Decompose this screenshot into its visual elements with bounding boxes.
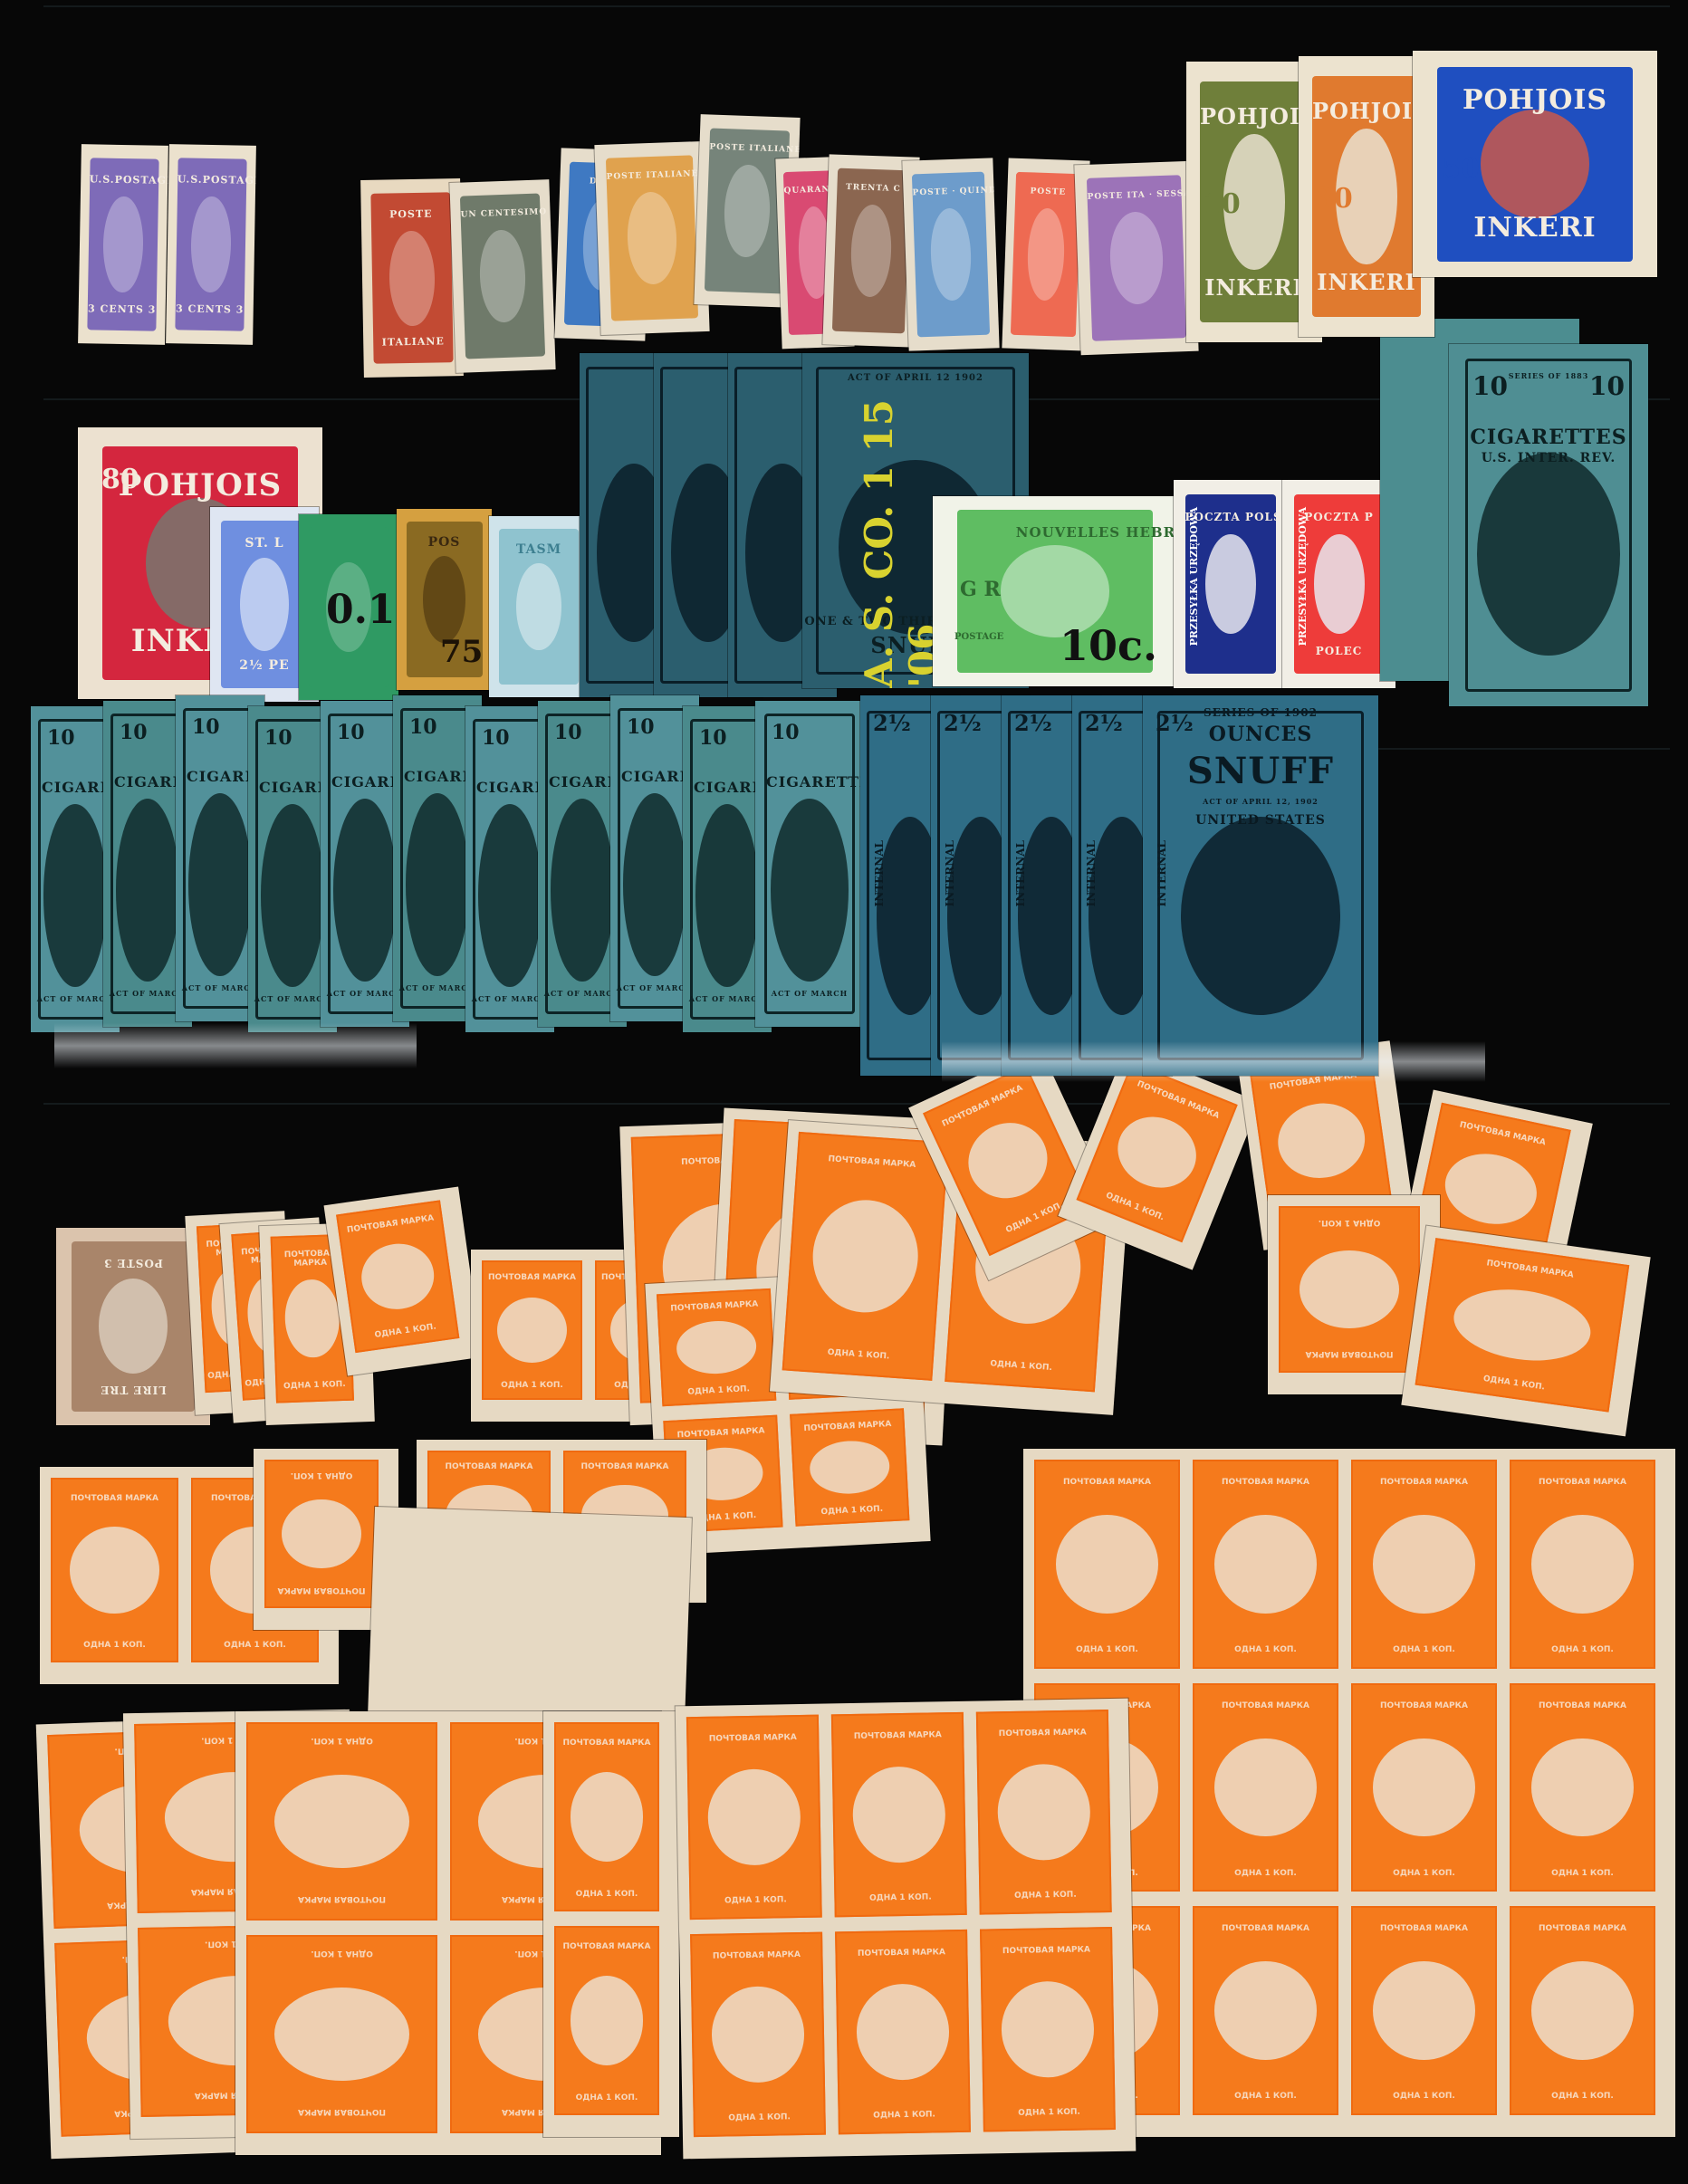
snuff-unit-text: OUNCES: [1143, 723, 1378, 746]
stamp-top-text: ПОЧТОВАЯ МАРКА: [266, 1585, 377, 1595]
eagle-oval: [809, 1439, 891, 1495]
cig-value-text: 10: [192, 715, 220, 739]
eagle-oval: [809, 1196, 922, 1317]
snuff-value-text: 2½: [1085, 710, 1123, 736]
russia-1-kop-stamp: ПОЧТОВАЯ МАРКАОДНА 1 КОП.: [1279, 1206, 1420, 1373]
italy-stamp: POSTE ITALIANE · DIECI C: [594, 141, 709, 335]
russia-block: ПОЧТОВАЯ МАРКАОДНА 1 КОП.ПОЧТОВАЯ МАРКАО…: [543, 1711, 679, 2137]
cig-portrait: [261, 804, 325, 987]
green-surcharged-stamp: 0.1: [299, 514, 398, 700]
stamp-value-text: ОДНА 1 КОП.: [785, 1346, 932, 1365]
russia-1-kop-stamp: ПОЧТОВАЯ МАРКАОДНА 1 КОП.: [1510, 1460, 1655, 1669]
eagle-oval: [997, 1764, 1091, 1861]
north-ingria-stamp-top-text: POHJOIS: [1437, 84, 1633, 116]
poland-official-stamp-portrait: [1205, 534, 1256, 635]
eagle-oval: [1108, 1106, 1207, 1200]
italy-stamp-top-text: POSTE ITALIANE · DIECI C: [606, 169, 693, 181]
sardinia-embossed-stamp-bottom-text: POSTE 3: [72, 1257, 195, 1269]
eagle-oval: [1531, 1515, 1634, 1614]
stamp-top-text: ПОЧТОВАЯ МАРКА: [1434, 1251, 1626, 1287]
plastic-strip-glare: [54, 1023, 417, 1068]
russia-1-kop-stamp: ПОЧТОВАЯ МАРКАОДНА 1 КОП.: [1351, 1683, 1497, 1892]
eagle-oval: [497, 1298, 567, 1363]
cig-portrait: [1477, 453, 1620, 656]
cig-portrait: [333, 799, 398, 982]
italy-red-stamp-top-text: POSTE: [371, 207, 451, 221]
russia-1-kop-stamp: ПОЧТОВАЯ МАРКАОДНА 1 КОП.: [246, 1935, 437, 2133]
snuff-side-text: INTERNAL: [1085, 840, 1098, 906]
italy-stamp-portrait: [479, 230, 527, 323]
poland-official-stamp-bottom-text: POLEC: [1294, 645, 1385, 657]
italy-stamp-frame: TRENTA C: [832, 168, 910, 333]
cig-portrait: [116, 799, 180, 982]
italy-stamp: UN CENTESIMO: [449, 179, 555, 373]
italy-red-stamp: POSTEITALIANE: [360, 178, 464, 378]
cig-value-text: 10: [47, 726, 75, 750]
stamp-value-text: ОДНА 1 КОП.: [1194, 2092, 1337, 2101]
cig-sub-text: U.S. INTER. REV.: [1449, 451, 1648, 465]
stamp-top-text: ПОЧТОВАЯ МАРКА: [666, 1425, 776, 1440]
stamp-value-text: ОДНА 1 КОП.: [1194, 1645, 1337, 1654]
stamp-top-text: ПОЧТОВАЯ МАРКА: [53, 1494, 177, 1503]
stamp-top-text: ПОЧТОВАЯ МАРКА: [248, 1894, 436, 1903]
north-ingria-stamp-top-text: POHJOIS: [1312, 98, 1421, 124]
italy-stamp: POSTE ITA · SESSANTA: [1074, 161, 1198, 355]
stamp-top-text: ПОЧТОВАЯ МАРКА: [484, 1273, 580, 1282]
eagle-oval: [1373, 1739, 1475, 1837]
stamp-top-text: ПОЧТОВАЯ МАРКА: [1511, 1924, 1654, 1933]
new-hebrides-stamp-top-text: NOUVELLES HEBRIDES: [1016, 524, 1153, 541]
italy-stamp-portrait: [1026, 208, 1066, 302]
stamp-top-text: ПОЧТОВАЯ МАРКА: [340, 1213, 441, 1236]
tasmania-stamp-frame: TASM: [499, 529, 579, 685]
us-3c-washington-stamp-frame: U.S.POSTAGE3 CENTS 3: [87, 158, 159, 331]
eagle-oval: [852, 1766, 946, 1863]
france-sage-stamp-top-text: POS: [407, 535, 483, 550]
russia-1-kop-stamp: ПОЧТОВАЯ МАРКАОДНА 1 КОП.: [554, 1722, 659, 1911]
eagle-oval: [1056, 1515, 1158, 1614]
cig-footer-text: ACT OF MARCH: [755, 989, 864, 998]
us-3c-washington-stamp-frame: U.S.POSTAGE3 CENTS 3: [175, 158, 247, 331]
north-ingria-stamp-bottom-text: INKERI: [1200, 274, 1309, 301]
russia-1-kop-stamp: ПОЧТОВАЯ МАРКАОДНА 1 КОП.: [835, 1930, 971, 2135]
stamp-top-text: ПОЧТОВАЯ МАРКА: [1353, 1924, 1495, 1933]
russia-1-kop-stamp: ПОЧТОВАЯ МАРКАОДНА 1 КОП.: [657, 1288, 776, 1406]
cig-value-text: 10: [772, 721, 800, 744]
snuff-value-text: 2½: [944, 710, 982, 736]
poland-official-stamp: POCZTA PPOLECPRZESYŁKA URZĘDOWA: [1282, 480, 1395, 688]
italy-stamp-frame: POSTE ITALIANE · DIECI C: [606, 155, 698, 321]
russia-1-kop-stamp: ПОЧТОВАЯ МАРКАОДНА 1 КОП.: [1076, 1062, 1237, 1242]
stamp-top-text: ПОЧТОВАЯ МАРКА: [1194, 1478, 1337, 1487]
snuff-arc-text: UNITED STATES: [1143, 813, 1378, 828]
surcharge-text: 10c.: [1060, 621, 1157, 670]
stamp-value-text: ОДНА 1 КОП.: [691, 1894, 820, 1905]
russia-block: ПОЧТОВАЯ МАРКАОДНА 1 КОП.ПОЧТОВАЯ МАРКАО…: [676, 1699, 1137, 2160]
stamp-value-text: ОДНА 1 КОП.: [1082, 1183, 1188, 1232]
tasmania-stamp-top-text: TASM: [499, 542, 579, 557]
stamp-value-text: ОДНА 1 КОП.: [266, 1470, 377, 1480]
italy-red-stamp-portrait: [388, 230, 435, 326]
sardinia-embossed-stamp-portrait: [99, 1279, 168, 1375]
postage-badge-text: POSTAGE: [954, 632, 1003, 642]
cig-portrait: [771, 799, 849, 982]
russia-sheet-margin: [368, 1507, 692, 1726]
snuff-revenue-stamp: 2½SERIES OF 1902OUNCESSNUFFACT OF APRIL …: [1143, 695, 1378, 1076]
italy-stamp-top-text: UN CENTESIMO: [460, 207, 540, 219]
side-text: PRZESYŁKA URZĘDOWA: [1297, 507, 1309, 646]
side-text: PRZESYŁKA URZĘDOWA: [1188, 507, 1200, 646]
stamp-value-text: ОДНА 1 КОП.: [277, 1380, 351, 1392]
stock-page: U.S.POSTAGE3 CENTS 3U.S.POSTAGE3 CENTS 3…: [0, 0, 1688, 2184]
stamp-top-text: ПОЧТОВАЯ МАРКА: [659, 1298, 770, 1313]
stamp-value-text: ОДНА 1 КОП.: [556, 1890, 657, 1899]
stamp-value-text: ОДНА 1 КОП.: [836, 1892, 964, 1903]
eagle-oval: [1214, 1739, 1317, 1837]
eagle-oval: [1449, 1281, 1596, 1369]
sardinia-embossed-stamp-top-text: LIRE TRE: [72, 1384, 195, 1396]
us-3c-washington-stamp-bottom-text: 3 CENTS 3: [87, 302, 157, 315]
eagle-oval: [711, 1986, 805, 2083]
russia-1-kop-stamp: ПОЧТОВАЯ МАРКАОДНА 1 КОП.: [782, 1132, 949, 1381]
st-lucia-stamp-top-text: ST. L: [221, 536, 308, 551]
eagle-oval: [1001, 1981, 1095, 2078]
stamp-top-text: ПОЧТОВАЯ МАРКА: [833, 1729, 962, 1740]
russia-1-kop-stamp: ПОЧТОВАЯ МАРКАОДНА 1 КОП.: [1193, 1683, 1338, 1892]
russia-1-kop-stamp: ПОЧТОВАЯ МАРКАОДНА 1 КОП.: [246, 1722, 437, 1921]
russia-1-kop-stamp: ПОЧТОВАЯ МАРКАОДНА 1 КОП.: [336, 1200, 459, 1353]
italy-stamp-top-text: POSTE ITALIANE · CINQUE C: [709, 142, 789, 154]
stamp-top-text: ПОЧТОВАЯ МАРКА: [837, 1947, 965, 1958]
us-3c-washington-stamp-portrait: [103, 196, 144, 293]
snuff-value-text: 2½: [1014, 710, 1052, 736]
denomination-text: 80: [101, 464, 139, 495]
snuff-side-text: INTERNAL: [944, 840, 956, 906]
cig-value-text: 10: [699, 726, 727, 750]
russia-single: ПОЧТОВАЯ МАРКАОДНА 1 КОП.: [324, 1186, 483, 1375]
stamp-top-text: ПОЧТОВАЯ МАРКА: [1511, 1478, 1654, 1487]
north-ingria-stamp: POHJOISINKERI50: [1413, 51, 1657, 277]
eagle-oval: [284, 1279, 340, 1358]
italy-stamp-frame: UN CENTESIMO: [460, 193, 545, 359]
russia-1-kop-stamp: ПОЧТОВАЯ МАРКАОДНА 1 КОП.: [1510, 1906, 1655, 2115]
eagle-oval: [1373, 1515, 1475, 1614]
cig-value-text: 10: [409, 715, 437, 739]
stamp-value-text: ОДНА 1 КОП.: [1511, 1645, 1654, 1654]
cig-portrait: [623, 793, 687, 976]
russia-1-kop-stamp: ПОЧТОВАЯ МАРКАОДНА 1 КОП.: [980, 1927, 1116, 2132]
new-hebrides-stamp: NOUVELLES HEBRIDESG RPOSTAGE10c.: [933, 496, 1177, 686]
eagle-oval: [1300, 1250, 1398, 1328]
italy-stamp-portrait: [626, 192, 677, 285]
cig-title-text: CIGARETTES: [755, 773, 864, 790]
eagle-oval: [1531, 1739, 1634, 1837]
france-sage-stamp-portrait: [423, 556, 465, 643]
eagle-oval: [282, 1499, 361, 1569]
eagle-oval: [1531, 1961, 1634, 2060]
stamp-value-text: ОДНА 1 КОП.: [1418, 1365, 1609, 1401]
north-ingria-stamp-portrait: [1481, 110, 1590, 218]
st-lucia-stamp-frame: ST. L2½ PE: [221, 521, 308, 688]
stamp-top-text: ПОЧТОВАЯ МАРКА: [688, 1732, 817, 1743]
russia-1-kop-stamp: ПОЧТОВАЯ МАРКАОДНА 1 КОП.: [976, 1710, 1112, 1915]
north-ingria-stamp-bottom-text: INKERI: [1312, 269, 1421, 295]
stamp-value-text: ОДНА 1 КОП.: [984, 2107, 1113, 2118]
cig-value-text: 10: [554, 721, 582, 744]
russia-1-kop-stamp: ПОЧТОВАЯ МАРКАОДНА 1 КОП.: [264, 1460, 379, 1608]
cig-portrait: [478, 804, 542, 987]
sardinia-embossed-stamp-frame: LIRE TREPOSTE 3: [72, 1241, 195, 1412]
russia-1-kop-stamp: ПОЧТОВАЯ МАРКАОДНА 1 КОП.: [1351, 1906, 1497, 2115]
plastic-strip-glare: [942, 1041, 1485, 1082]
stamp-value-text: ОДНА 1 КОП.: [1511, 1869, 1654, 1878]
stamp-value-text: ОДНА 1 КОП.: [1353, 1645, 1495, 1654]
stamp-top-text: ПОЧТОВАЯ МАРКА: [565, 1462, 685, 1471]
stamp-value-text: ОДНА 1 КОП.: [1194, 1869, 1337, 1878]
stamp-value-text: ОДНА 1 КОП.: [355, 1319, 456, 1342]
stock-strip: [43, 1103, 1670, 1105]
stamp-top-text: ПОЧТОВАЯ МАРКА: [429, 1462, 549, 1471]
us-3c-washington-stamp-top-text: U.S.POSTAGE: [90, 174, 159, 187]
stamp-value-text: ОДНА 1 КОП.: [1511, 2092, 1654, 2101]
eagle-oval: [571, 1976, 644, 2064]
snuff-value-text: 2½: [873, 710, 911, 736]
russia-1-kop-stamp: ПОЧТОВАЯ МАРКАОДНА 1 КОП.: [1193, 1906, 1338, 2115]
stamp-top-text: ПОЧТОВАЯ МАРКА: [792, 1419, 903, 1433]
stamp-value-text: ОДНА 1 КОП.: [947, 1356, 1094, 1375]
cig-portrait: [695, 804, 760, 987]
stamp-value-text: ОДНА 1 КОП.: [840, 2110, 969, 2121]
us-3c-washington-stamp-top-text: U.S.POSTAGE: [177, 174, 247, 187]
stamp-value-text: ОДНА 1 КОП.: [556, 2093, 657, 2103]
stamp-top-text: ПОЧТОВАЯ МАРКА: [982, 1945, 1110, 1956]
denomination-text: 30: [1315, 183, 1353, 215]
eagle-oval: [1214, 1961, 1317, 2060]
north-ingria-stamp-top-text: POHJOIS: [1200, 103, 1309, 129]
italy-stamp-top-text: POSTE ITA · SESSANTA: [1087, 189, 1181, 202]
north-ingria-stamp-bottom-text: INKERI: [1437, 212, 1633, 244]
overprint-text: 0.1: [326, 587, 396, 633]
stamp-top-text: ПОЧТОВАЯ МАРКА: [556, 1739, 657, 1748]
stamp-value-text: ОДНА 1 КОП.: [695, 2112, 824, 2122]
cig-value-text: 10: [337, 721, 365, 744]
italy-stamp-portrait: [724, 165, 772, 258]
eagle-oval: [571, 1772, 644, 1861]
stamp-value-text: ОДНА 1 КОП.: [248, 1736, 436, 1745]
russia-1-kop-stamp: ПОЧТОВАЯ МАРКАОДНА 1 КОП.: [790, 1408, 909, 1526]
stamp-top-text: ПОЧТОВАЯ МАРКА: [978, 1728, 1107, 1739]
russia-1-kop-stamp: ПОЧТОВАЯ МАРКАОДНА 1 КОП.: [1034, 1460, 1180, 1669]
cig-portrait: [406, 793, 470, 976]
cig-value-text: 10: [264, 726, 293, 750]
russia-1-kop-stamp: ПОЧТОВАЯ МАРКАОДНА 1 КОП.: [686, 1715, 822, 1921]
italy-stamp-frame: POSTE: [1011, 171, 1081, 337]
stamp-value-text: ОДНА 1 КОП.: [1353, 1869, 1495, 1878]
eagle-oval: [274, 1775, 409, 1868]
denomination-text: 10: [1203, 188, 1241, 220]
cig-series-text: SERIES OF 1883: [1449, 371, 1648, 380]
cigarettes-revenue-stamp: 1010SERIES OF 1883CIGARETTESU.S. INTER. …: [1449, 344, 1648, 706]
italy-stamp-frame: POSTE · QUINDICI C: [912, 171, 990, 337]
eagle-oval: [956, 1110, 1060, 1211]
snuff-side-text: INTERNAL: [873, 840, 886, 906]
stamp-top-text: ПОЧТОВАЯ МАРКА: [1036, 1478, 1178, 1487]
us-3c-washington-stamp: U.S.POSTAGE3 CENTS 3: [166, 144, 256, 345]
eagle-oval: [357, 1239, 438, 1314]
russia-single: ПОЧТОВАЯ МАРКАОДНА 1 КОП.: [1401, 1226, 1650, 1437]
stamp-top-text: ПОЧТОВАЯ МАРКА: [1353, 1478, 1495, 1487]
value-text: 75: [440, 634, 483, 670]
russia-1-kop-stamp: ПОЧТОВАЯ МАРКАОДНА 1 КОП.: [554, 1926, 659, 2115]
cig-value-text: 10: [120, 721, 148, 744]
stamp-top-text: ПОЧТОВАЯ МАРКА: [1280, 1349, 1418, 1358]
us-3c-washington-stamp: U.S.POSTAGE3 CENTS 3: [78, 144, 168, 345]
monogram-text: G R: [960, 578, 1001, 601]
snuff-portrait: [1181, 817, 1341, 1014]
italy-stamp-portrait: [849, 205, 893, 298]
stamp-value-text: ОДНА 1 КОП.: [663, 1384, 773, 1398]
eagle-oval: [856, 1983, 950, 2080]
russia-1-kop-stamp: ПОЧТОВАЯ МАРКАОДНА 1 КОП.: [51, 1478, 178, 1662]
stamp-value-text: ОДНА 1 КОП.: [797, 1503, 907, 1518]
stock-strip: [43, 5, 1670, 7]
stamp-value-text: ОДНА 1 КОП.: [1280, 1218, 1418, 1227]
tasmania-stamp: TASM: [489, 516, 589, 697]
eagle-oval: [274, 1988, 409, 2081]
cig-value-text: 10: [627, 715, 655, 739]
cig-portrait: [188, 793, 253, 976]
italy-stamp-frame: POSTE ITA · SESSANTA: [1087, 175, 1186, 341]
russia-1-kop-stamp: ПОЧТОВАЯ МАРКАОДНА 1 КОП.: [690, 1932, 826, 2138]
cig-title-text: CIGARETTES: [1449, 426, 1648, 449]
stamp-top-text: ПОЧТОВАЯ МАРКА: [1511, 1701, 1654, 1710]
eagle-oval: [1373, 1961, 1475, 2060]
us-3c-washington-stamp-portrait: [191, 196, 232, 293]
denomination-text: 50: [1442, 153, 1480, 185]
italy-red-stamp-frame: POSTEITALIANE: [370, 192, 453, 363]
snuff-act-text: ACT OF APRIL 12, 1902: [1143, 797, 1378, 806]
snuff-series-text: SERIES OF 1902: [1143, 706, 1378, 719]
cig-portrait: [551, 799, 615, 982]
eagle-oval: [70, 1527, 159, 1614]
tasmania-stamp-portrait: [516, 563, 561, 650]
stamp-top-text: ПОЧТОВАЯ МАРКА: [1353, 1701, 1495, 1710]
italy-stamp-top-text: TRENTA C: [837, 183, 909, 195]
stamp-value-text: ОДНА 1 КОП.: [248, 1949, 436, 1958]
stamp-value-text: ОДНА 1 КОП.: [484, 1381, 580, 1390]
stamp-top-text: ПОЧТОВАЯ МАРКА: [1194, 1924, 1337, 1933]
france-sage-stamp: POS75: [397, 509, 492, 690]
stamp-top-text: ПОЧТОВАЯ МАРКА: [692, 1949, 820, 1960]
poland-official-stamp: POCZTA POLSKAPRZESYŁKA URZĘDOWA: [1174, 480, 1287, 688]
poland-official-stamp-portrait: [1314, 534, 1365, 635]
snuff-side-text: INTERNAL: [1156, 840, 1168, 906]
stamp-top-text: ПОЧТОВАЯ МАРКА: [799, 1153, 945, 1172]
russia-1-kop-stamp: ПОЧТОВАЯ МАРКАОДНА 1 КОП.: [831, 1712, 967, 1918]
stamp-top-text: ПОЧТОВАЯ МАРКА: [248, 2107, 436, 2116]
stamp-value-text: ОДНА 1 КОП.: [981, 1890, 1109, 1901]
italy-stamp-top-text: POSTE: [1015, 187, 1080, 198]
st-lucia-stamp-portrait: [240, 558, 289, 652]
stamp-value-text: ОДНА 1 КОП.: [1036, 1645, 1178, 1654]
eagle-oval: [1214, 1515, 1317, 1614]
stamp-value-text: ОДНА 1 КОП.: [53, 1641, 177, 1650]
stamp-top-text: ПОЧТОВАЯ МАРКА: [1439, 1116, 1567, 1152]
stamp-value-text: ОДНА 1 КОП.: [193, 1641, 317, 1650]
stamp-top-text: ПОЧТОВАЯ МАРКА: [556, 1942, 657, 1951]
snuff-title-text: SNUFF: [1143, 750, 1378, 792]
russia-1-kop-stamp: ПОЧТОВАЯ МАРКАОДНА 1 КОП.: [482, 1260, 582, 1400]
stamp-top-text: ПОЧТОВАЯ МАРКА: [1194, 1701, 1337, 1710]
russia-1-kop-stamp: ПОЧТОВАЯ МАРКАОДНА 1 КОП.: [1415, 1238, 1630, 1412]
st-lucia-stamp-bottom-text: 2½ PE: [221, 658, 308, 673]
snuff-side-text: INTERNAL: [1014, 840, 1027, 906]
italy-stamp-portrait: [1108, 211, 1165, 304]
russia-1-kop-stamp: ПОЧТОВАЯ МАРКАОДНА 1 КОП.: [1510, 1683, 1655, 1892]
italy-red-stamp-bottom-text: ITALIANE: [373, 335, 453, 349]
eagle-oval: [1273, 1098, 1368, 1183]
eagle-oval: [707, 1768, 801, 1865]
italy-stamp-portrait: [929, 208, 973, 302]
cig-value-text: 10: [482, 726, 510, 750]
eagle-oval: [1438, 1145, 1543, 1232]
italy-stamp: POSTE · QUINDICI C: [902, 158, 999, 350]
cig-portrait: [43, 804, 108, 987]
russia-1-kop-stamp: ПОЧТОВАЯ МАРКАОДНА 1 КОП.: [1351, 1460, 1497, 1669]
eagle-oval: [676, 1319, 758, 1375]
italy-stamp-top-text: POSTE · QUINDICI C: [912, 187, 984, 198]
stamp-value-text: ОДНА 1 КОП.: [1353, 2092, 1495, 2101]
us-3c-washington-stamp-bottom-text: 3 CENTS 3: [175, 302, 245, 315]
cigarette-revenue-stamp: 10CIGARETTESACT OF MARCH: [755, 701, 864, 1027]
russia-1-kop-stamp: ПОЧТОВАЯ МАРКАОДНА 1 КОП.: [1193, 1460, 1338, 1669]
